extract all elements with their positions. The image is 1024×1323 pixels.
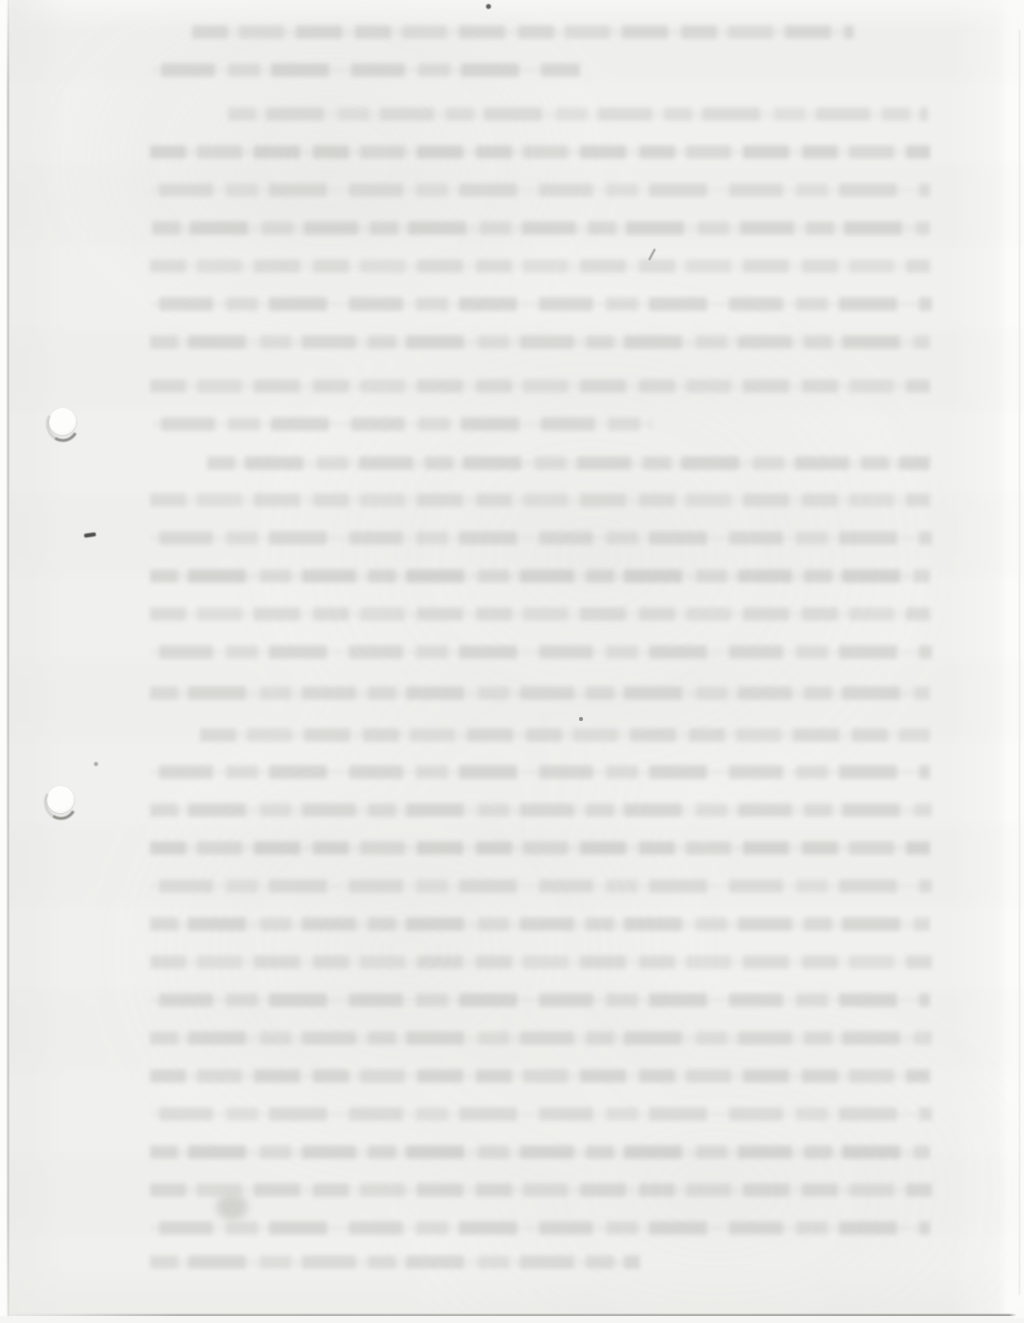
faded-text-line-p2 [150,145,930,159]
faded-text-line-p4 [150,1031,932,1045]
faded-text-line-p2 [150,335,930,349]
faded-text-line-p3 [150,493,930,507]
faded-text-line-p1 [152,63,580,77]
page-right-edge [1019,30,1020,1295]
faded-text-line-p3 [150,569,930,583]
faded-text-line-p4 [150,955,932,969]
ink-speck-left [94,762,98,766]
faded-text-line-p3 [150,607,930,621]
faded-text-line-p2 [150,379,930,393]
faded-text-line-p4 [150,803,932,817]
faded-text-line-p3 [150,686,930,700]
faded-text-line-p3 [207,456,930,470]
faded-text-line-p4 [150,1145,930,1159]
faded-text-line-p1 [192,25,854,39]
faded-text-line-p4 [150,993,930,1007]
faded-text-line-p4 [150,1183,932,1197]
ink-dot-top-center [486,4,491,9]
faded-text-line-p2 [150,259,930,273]
faded-text-line-p4 [150,1069,930,1083]
faded-text-line-p2 [152,221,930,235]
faded-text-line-p2 [150,183,930,197]
faded-text-line-p4 [150,841,930,855]
faded-text-line-p2 [152,417,652,431]
faded-text-line-p4 [150,917,930,931]
faded-text-line-p4 [150,765,930,779]
ink-speck-mid [579,717,583,721]
scanner-bottom-margin [0,1316,1024,1323]
faded-text-line-p4 [150,1107,932,1121]
faded-text-line-p4 [150,879,932,893]
faded-text-line-p2 [228,107,928,121]
scanned-document-page [0,0,1024,1323]
page-corner-bottom-right [1000,1294,1024,1318]
faded-text-line-p4 [150,1221,930,1235]
faded-text-line-p3 [150,645,932,659]
smudge-blob [216,1194,248,1220]
faded-text-line-p4 [150,1255,640,1269]
faded-text-line-p3 [150,531,932,545]
page-left-edge [7,0,9,1323]
faded-text-line-p2 [150,297,932,311]
faded-text-line-p4 [200,728,930,742]
